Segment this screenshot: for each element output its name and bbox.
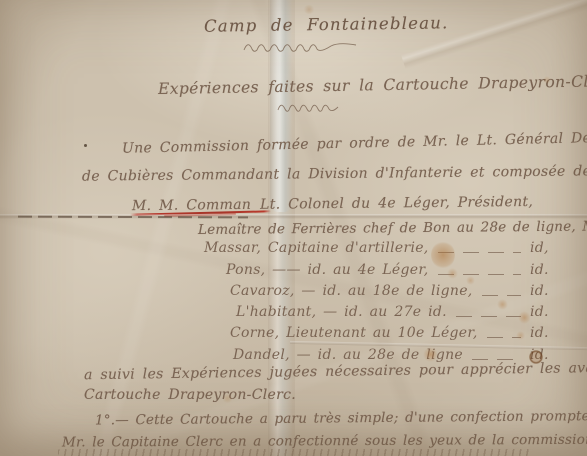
- photo-vignette: [0, 0, 587, 456]
- manuscript-page: Camp de Fontainebleau. Expériences faite…: [0, 0, 587, 456]
